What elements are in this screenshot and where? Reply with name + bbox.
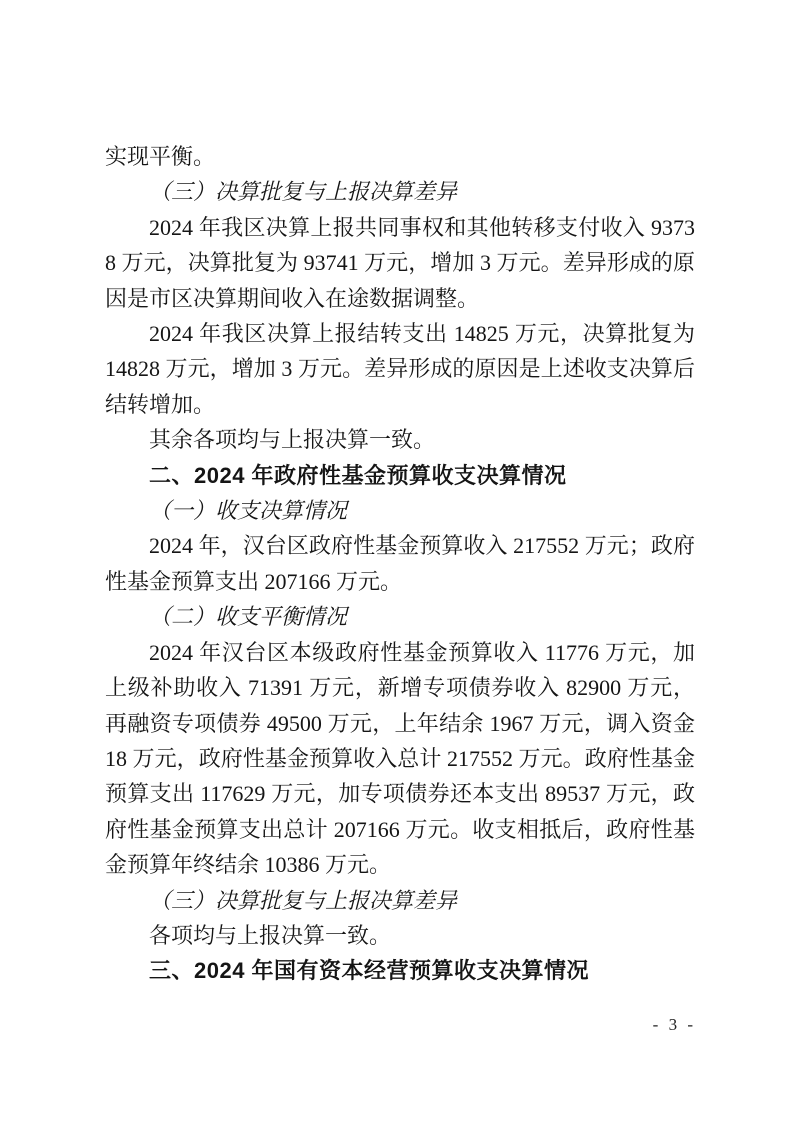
body-paragraph: 各项均与上报决算一致。 (105, 918, 695, 953)
body-paragraph: 2024 年我区决算上报共同事权和其他转移支付收入 93738 万元，决算批复为… (105, 210, 695, 316)
section-heading: 三、2024 年国有资本经营预算收支决算情况 (105, 953, 695, 988)
body-paragraph: 2024 年我区决算上报结转支出 14825 万元，决算批复为 14828 万元… (105, 316, 695, 422)
section-heading: 二、2024 年政府性基金预算收支决算情况 (105, 458, 695, 493)
document-page: 实现平衡。（三）决算批复与上报决算差异2024 年我区决算上报共同事权和其他转移… (0, 0, 793, 1122)
page-number: - 3 - (653, 1014, 696, 1036)
body-paragraph: 2024 年，汉台区政府性基金预算收入 217552 万元；政府性基金预算支出 … (105, 528, 695, 599)
body-paragraph: 2024 年汉台区本级政府性基金预算收入 11776 万元，加上级补助收入 71… (105, 635, 695, 883)
body-paragraph: 其余各项均与上报决算一致。 (105, 422, 695, 457)
subsection-heading: （三）决算批复与上报决算差异 (105, 174, 695, 209)
subsection-heading: （二）收支平衡情况 (105, 599, 695, 634)
document-body: 实现平衡。（三）决算批复与上报决算差异2024 年我区决算上报共同事权和其他转移… (105, 139, 695, 989)
body-paragraph: 实现平衡。 (105, 139, 695, 174)
subsection-heading: （一）收支决算情况 (105, 493, 695, 528)
subsection-heading: （三）决算批复与上报决算差异 (105, 883, 695, 918)
